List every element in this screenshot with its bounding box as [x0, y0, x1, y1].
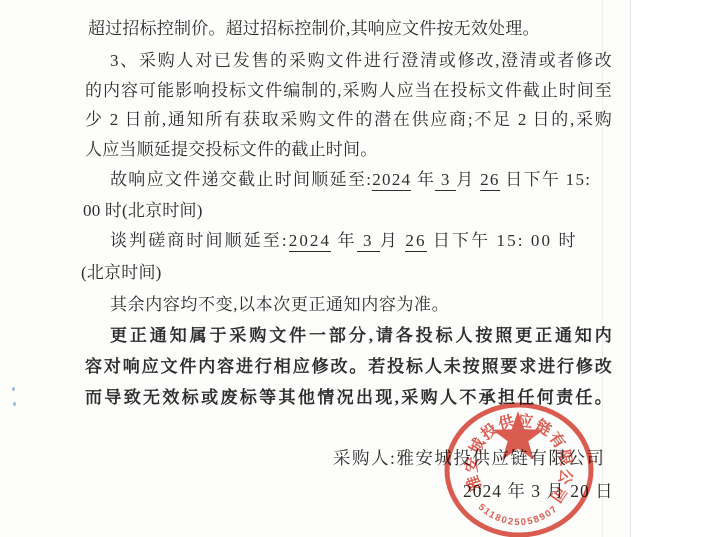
- negotiation-year: 2024: [289, 231, 331, 252]
- body-line-1: 超过招标控制价。超过招标控制价,其响应文件按无效处理。: [88, 17, 540, 40]
- negotiation-month: 3: [357, 231, 380, 252]
- body-line-3: 的内容可能影响投标文件编制的,采购人应当在投标文件截止时间至: [85, 79, 612, 102]
- deadline-year: 2024: [372, 170, 411, 191]
- ink-speck: [12, 387, 15, 391]
- body-line-11: 更正通知属于采购文件一部分,请各投标人按照更正通知内: [110, 324, 612, 347]
- body-line-4: 少 2 日前,通知所有获取采购文件的潜在供应商;不足 2 日的,采购: [85, 108, 612, 131]
- seal-company-arc-text: 雅安城投供应链有限公司: [461, 410, 576, 507]
- deadline-day: 26: [480, 170, 500, 191]
- deadline-month: 3: [435, 170, 456, 191]
- body-line-12: 容对响应文件内容进行相应修改。若投标人未按照要求进行修改: [85, 355, 612, 378]
- deadline-label: 故响应文件递交截止时间顺延至:: [110, 170, 372, 189]
- scanned-document-page: 超过招标控制价。超过招标控制价,其响应文件按无效处理。 3、采购人对已发售的采购…: [0, 0, 710, 537]
- ink-speck: [13, 402, 16, 406]
- body-line-6-deadline: 故响应文件递交截止时间顺延至:2024 年 3 月 26 日下午 15:: [110, 168, 591, 191]
- body-line-10: 其余内容均不变,以本次更正通知内容为准。: [110, 293, 449, 316]
- negotiation-label: 谈判磋商时间顺延至:: [110, 231, 289, 250]
- paper-edge-line: [630, 0, 631, 537]
- seal-code-arc-text: 5118025058907: [476, 502, 561, 528]
- body-line-2: 3、采购人对已发售的采购文件进行澄清或修改,澄清或者修改: [110, 49, 612, 72]
- body-line-8-negotiation-time: 谈判磋商时间顺延至:2024 年 3 月 26 日下午 15: 00 时: [110, 229, 578, 252]
- official-red-seal: 雅安城投供应链有限公司 5118025058907: [440, 398, 600, 537]
- negotiation-day: 26: [405, 231, 426, 252]
- body-line-7: 00 时(北京时间): [83, 199, 203, 222]
- scanner-background-strip: [631, 0, 710, 537]
- body-line-9: (北京时间): [81, 261, 162, 284]
- body-line-5: 人应当顺延提交投标文件的截止时间。: [85, 138, 377, 161]
